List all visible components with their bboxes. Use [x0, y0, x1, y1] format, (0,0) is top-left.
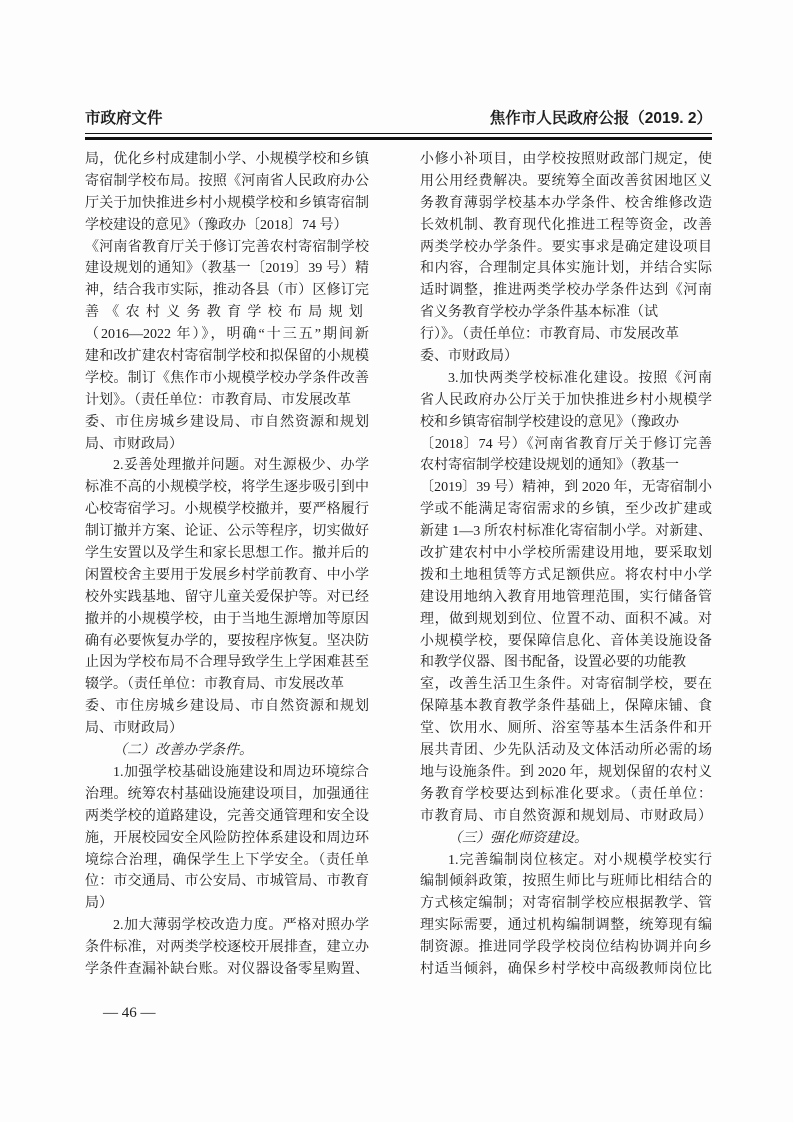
text-line: 改扩建农村中小学校所需建设用地，要采取划	[420, 543, 712, 565]
text-line: 建设用地纳入教育用地管理范围，实行储备管	[420, 587, 712, 609]
text-line: 理实际需要，通过机构编制调整，统筹现有编	[420, 915, 712, 937]
text-line: 地与设施条件。到 2020 年，规划保留的农村义	[420, 762, 712, 784]
text-line: 小规模学校，要保障信息化、音体美设施设备	[420, 631, 712, 653]
text-line: 小修小补项目，由学校按照财政部门规定，使	[420, 149, 712, 171]
text-line: 务教育薄弱学校基本办学条件、校舍维修改造	[420, 193, 712, 215]
text-line: 行）》。（责任单位：市教育局、市发展改革	[420, 324, 712, 346]
text-line: 新建 1—3 所农村标准化寄宿制小学。对新建、	[420, 521, 712, 543]
text-line: 市教育局、市自然资源和规划局、市财政局）	[420, 806, 712, 828]
text-line: 制订撤并方案、论证、公示等程序，切实做好	[85, 521, 369, 543]
text-line: 1.加强学校基础设施建设和周边环境综合	[85, 762, 369, 784]
header-doc-category: 市政府文件	[85, 109, 163, 129]
page-number: — 46 —	[103, 1003, 156, 1023]
text-line: 寄宿制学校布局。按照《河南省人民政府办公	[85, 171, 369, 193]
text-line: 理，做到规划到位、位置不动、面积不减。对	[420, 609, 712, 631]
text-line: 学或不能满足寄宿需求的乡镇，至少改扩建或	[420, 499, 712, 521]
text-line: 止因为学校布局不合理导致学生上学困难甚至	[85, 652, 369, 674]
text-line: （二）改善办学条件。	[85, 740, 369, 762]
header-gazette-title: 焦作市人民政府公报（2019. 2）	[490, 109, 712, 129]
text-line: 《河南省教育厅关于修订完善农村寄宿制学校	[85, 237, 369, 259]
text-line: 治理。统筹农村基础设施建设项目，加强通往	[85, 784, 369, 806]
text-line: 〔2018〕74 号）《河南省教育厅关于修订完善	[420, 434, 712, 456]
text-line: 计划》。（责任单位：市教育局、市发展改革	[85, 390, 369, 412]
text-column-right: 小修小补项目，由学校按照财政部门规定，使用公用经费解决。要统筹全面改善贫困地区义…	[420, 149, 712, 981]
text-line: 确有必要恢复办学的，要按程序恢复。坚决防	[85, 631, 369, 653]
page-header: 市政府文件 焦作市人民政府公报（2019. 2）	[85, 109, 712, 129]
text-line: 学校。制订《焦作市小规模学校办学条件改善	[85, 368, 369, 390]
text-line: 善《农村义务教育学校布局规划	[85, 302, 369, 324]
text-line: 室，改善生活卫生条件。对寄宿制学校，要在	[420, 674, 712, 696]
text-line: 条件标准，对两类学校逐校开展排查，建立办	[85, 937, 369, 959]
text-line: 两类学校的道路建设，完善交通管理和安全设	[85, 806, 369, 828]
text-line: 施，开展校园安全风险防控体系建设和周边环	[85, 828, 369, 850]
text-line: （2016—2022 年）》，明确“十三五”期间新	[85, 324, 369, 346]
text-line: 局、市财政局）	[85, 718, 369, 740]
text-line: 辍学。（责任单位：市教育局、市发展改革	[85, 674, 369, 696]
text-line: 用公用经费解决。要统筹全面改善贫困地区义	[420, 171, 712, 193]
text-line: 委、市住房城乡建设局、市自然资源和规划	[85, 696, 369, 718]
text-line: 拨和土地租赁等方式足额供应。将农村中小学	[420, 565, 712, 587]
text-line: 学条件查漏补缺台账。对仪器设备零星购置、	[85, 959, 369, 981]
text-line: 撤并的小规模学校，由于当地生源增加等原因	[85, 609, 369, 631]
text-line: 村适当倾斜，确保乡村学校中高级教师岗位比	[420, 959, 712, 981]
text-line: 和内容，合理制定具体实施计划，并结合实际	[420, 258, 712, 280]
text-line: 省义务教育学校办学条件基本标准（试	[420, 302, 712, 324]
text-line: 长效机制、教育现代化推进工程等资金，改善	[420, 215, 712, 237]
text-line: 局，优化乡村成建制小学、小规模学校和乡镇	[85, 149, 369, 171]
text-line: 2.加大薄弱学校改造力度。严格对照办学	[85, 915, 369, 937]
text-line: 境综合治理，确保学生上下学安全。（责任单	[85, 850, 369, 872]
text-line: 厅关于加快推进乡村小规模学校和乡镇寄宿制	[85, 193, 369, 215]
text-line: 建设规划的通知》（教基一〔2019〕39 号）精	[85, 258, 369, 280]
text-line: 委、市住房城乡建设局、市自然资源和规划	[85, 412, 369, 434]
text-line: 2.妥善处理撤并问题。对生源极少、办学	[85, 455, 369, 477]
text-line: 标准不高的小规模学校，将学生逐步吸引到中	[85, 477, 369, 499]
text-line: 堂、饮用水、厕所、浴室等基本生活条件和开	[420, 718, 712, 740]
text-line: 编制倾斜政策，按照生师比与班师比相结合的	[420, 871, 712, 893]
text-line: 神，结合我市实际，推动各县（市）区修订完	[85, 280, 369, 302]
text-line: 农村寄宿制学校建设规划的通知》（教基一	[420, 455, 712, 477]
text-line: 学生安置以及学生和家长思想工作。撤并后的	[85, 543, 369, 565]
text-line: （三）强化师资建设。	[420, 828, 712, 850]
text-line: 建和改扩建农村寄宿制学校和拟保留的小规模	[85, 346, 369, 368]
text-line: 1.完善编制岗位核定。对小规模学校实行	[420, 850, 712, 872]
text-line: 省人民政府办公厅关于加快推进乡村小规模学	[420, 390, 712, 412]
text-line: 3.加快两类学校标准化建设。按照《河南	[420, 368, 712, 390]
header-rule-thick	[85, 137, 712, 140]
document-body: 局，优化乡村成建制小学、小规模学校和乡镇寄宿制学校布局。按照《河南省人民政府办公…	[85, 149, 712, 983]
text-line: 和教学仪器、图书配备，设置必要的功能教	[420, 652, 712, 674]
text-line: 校外实践基地、留守儿童关爱保护等。对已经	[85, 587, 369, 609]
text-line: 局、市财政局）	[85, 434, 369, 456]
text-column-left: 局，优化乡村成建制小学、小规模学校和乡镇寄宿制学校布局。按照《河南省人民政府办公…	[85, 149, 369, 981]
text-line: 校和乡镇寄宿制学校建设的意见》（豫政办	[420, 412, 712, 434]
text-line: 方式核定编制；对寄宿制学校应根据教学、管	[420, 893, 712, 915]
text-line: 闲置校舍主要用于发展乡村学前教育、中小学	[85, 565, 369, 587]
text-line: 委、市财政局）	[420, 346, 712, 368]
text-line: 〔2019〕39 号）精神，到 2020 年，无寄宿制小	[420, 477, 712, 499]
text-line: 务教育学校要达到标准化要求。（责任单位：	[420, 784, 712, 806]
text-line: 学校建设的意见》（豫政办〔2018〕74 号）	[85, 215, 369, 237]
text-line: 两类学校办学条件。要实事求是确定建设项目	[420, 237, 712, 259]
text-line: 制资源。推进同学段学校岗位结构协调并向乡	[420, 937, 712, 959]
text-line: 适时调整，推进两类学校办学条件达到《河南	[420, 280, 712, 302]
header-rule-thin	[85, 133, 712, 134]
text-line: 局）	[85, 893, 369, 915]
text-line: 展共青团、少先队活动及文体活动所必需的场	[420, 740, 712, 762]
text-line: 保障基本教育教学条件基础上，保障床铺、食	[420, 696, 712, 718]
text-line: 位：市交通局、市公安局、市城管局、市教育	[85, 871, 369, 893]
text-line: 心校寄宿学习。小规模学校撤并，要严格履行	[85, 499, 369, 521]
document-page: 市政府文件 焦作市人民政府公报（2019. 2） 局，优化乡村成建制小学、小规模…	[0, 0, 793, 1122]
